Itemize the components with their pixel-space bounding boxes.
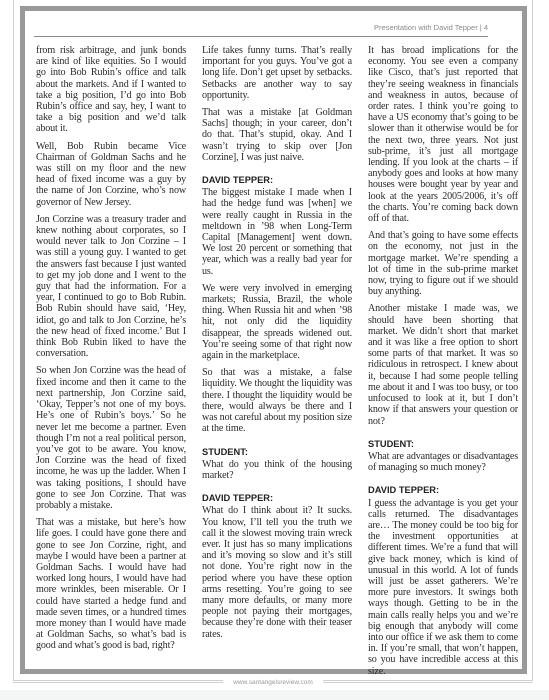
header-rule — [34, 36, 488, 37]
text-column-3: It has broad implications for the econom… — [368, 45, 518, 683]
speaker-label: STUDENT: — [368, 439, 518, 450]
paragraph: What do you think of the housing market? — [202, 459, 352, 481]
paragraph: The biggest mistake I made when I had th… — [202, 187, 352, 277]
text-column-1: from risk arbitrage, and junk bonds are … — [36, 45, 186, 658]
paragraph: So that was a mistake, a false liquidity… — [202, 367, 352, 434]
paragraph: Another mistake I made was, we should ha… — [368, 303, 518, 426]
running-header: Presentation with David Tepper | 4 — [34, 20, 488, 35]
footer-rule-right — [323, 682, 533, 683]
paragraph: Life takes funny turns. That’s really im… — [202, 45, 352, 101]
bottom-strip — [0, 690, 549, 700]
paragraph: We were very involved in emerging market… — [202, 283, 352, 361]
footer-rule-left — [13, 682, 223, 683]
paragraph: And that’s going to have some effects on… — [368, 230, 518, 297]
paragraph: Jon Corzine was a treasury trader and kn… — [36, 214, 186, 360]
text-column-2: Life takes funny turns. That’s really im… — [202, 45, 352, 646]
paragraph: That was a mistake [at Goldman Sachs] th… — [202, 107, 352, 163]
paragraph: So when Jon Corzine was the head of fixe… — [36, 365, 186, 511]
speaker-label: DAVID TEPPER: — [202, 175, 352, 186]
paragraph: What are advantages or disadvantages of … — [368, 451, 518, 473]
paragraph: I guess the advantage is you get your ca… — [368, 498, 518, 677]
paragraph: That was a mistake, but here’s how life … — [36, 517, 186, 651]
paragraph: from risk arbitrage, and junk bonds are … — [36, 45, 186, 135]
paragraph: Well, Bob Rubin became Vice Chairman of … — [36, 141, 186, 208]
footer-url: www.santangelsreview.com — [223, 679, 322, 686]
paragraph: It has broad implications for the econom… — [368, 45, 518, 224]
speaker-label: DAVID TEPPER: — [202, 493, 352, 504]
speaker-label: STUDENT: — [202, 447, 352, 458]
page-footer: www.santangelsreview.com — [13, 676, 533, 688]
paragraph: What do I think about it? It sucks. You … — [202, 505, 352, 639]
speaker-label: DAVID TEPPER: — [368, 485, 518, 496]
